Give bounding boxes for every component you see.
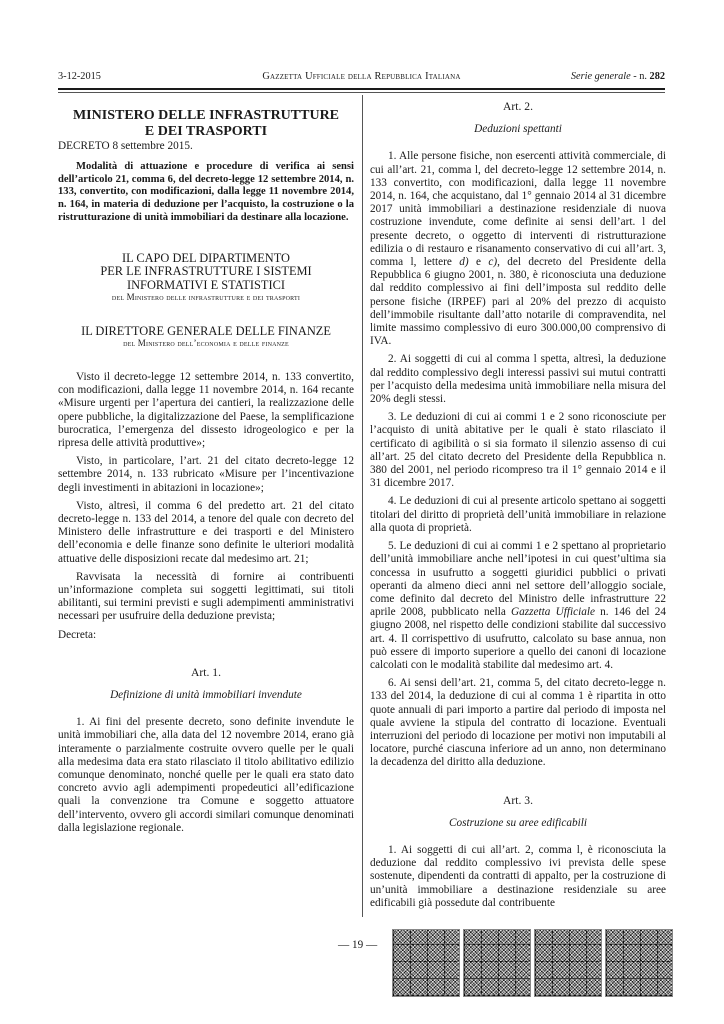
page-number: — 19 — (338, 938, 377, 952)
authority-1-line-3: INFORMATIVI E STATISTICI (58, 279, 354, 292)
right-column: Art. 2. Deduzioni spettanti 1. Alle pers… (370, 100, 666, 915)
barcode-block-icon (605, 929, 673, 997)
ministry-line-2: E DEI TRASPORTI (58, 124, 354, 140)
article-2-paragraph-6: 6. Ai sensi dell’art. 21, comma 5, del c… (370, 677, 666, 769)
authority-1-sub: del Ministero delle infrastrutture e dei… (58, 292, 354, 303)
preamble-paragraph: Visto, in particolare, l’art. 21 del cit… (58, 455, 354, 495)
series-label: Serie generale (571, 71, 631, 82)
ministry-heading: MINISTERO DELLE INFRASTRUTTURE E DEI TRA… (58, 108, 354, 140)
preamble-paragraph: Ravvisata la necessità di fornire ai con… (58, 571, 354, 624)
article-3-number: Art. 3. (370, 794, 666, 807)
page-header: 3-12-2015 Gazzetta Ufficiale della Repub… (58, 70, 665, 84)
article-3-paragraph-1: 1. Ai soggetti di cui all’art. 2, comma … (370, 844, 666, 910)
decree-title: Modalità di attuazione e procedure di ve… (58, 161, 354, 224)
article-2-paragraph-2: 2. Ai soggetti di cui al comma l spetta,… (370, 353, 666, 406)
header-rule-thin (58, 92, 665, 93)
header-rule-thick (58, 88, 665, 90)
ministry-line-1: MINISTERO DELLE INFRASTRUTTURE (58, 108, 354, 124)
preamble-paragraph: Visto il decreto-legge 12 settembre 2014… (58, 371, 354, 450)
barcode-block-icon (534, 929, 602, 997)
series-number: 282 (650, 71, 665, 82)
left-column: MINISTERO DELLE INFRASTRUTTURE E DEI TRA… (58, 100, 354, 840)
barcode-block-icon (463, 929, 531, 997)
column-divider (362, 95, 363, 917)
gazette-page: 3-12-2015 Gazzetta Ufficiale della Repub… (0, 0, 724, 1024)
article-2-paragraph-1: 1. Alle persone fisiche, non esercenti a… (370, 150, 666, 348)
article-1-title: Definizione di unità immobiliari invendu… (58, 689, 354, 702)
decree-date: DECRETO 8 settembre 2015. (58, 140, 354, 153)
text-run: , del decreto del Presidente della Repub… (370, 256, 666, 347)
preamble-paragraph: Visto, altresì, il comma 6 del predetto … (58, 500, 354, 566)
article-2-number: Art. 2. (370, 100, 666, 113)
article-1-number: Art. 1. (58, 666, 354, 679)
authority-2: IL DIRETTORE GENERALE DELLE FINANZE del … (58, 325, 354, 349)
article-2-title: Deduzioni spettanti (370, 123, 666, 136)
authority-1-line-2: PER LE INFRASTRUTTURE I SISTEMI (58, 265, 354, 278)
italic-run: c) (488, 256, 497, 268)
article-1-paragraph: 1. Ai fini del presente decreto, sono de… (58, 716, 354, 835)
authority-2-sub: del Ministero dell’economia e delle fina… (58, 338, 354, 349)
article-2-paragraph-5: 5. Le deduzioni di cui ai commi 1 e 2 sp… (370, 540, 666, 672)
article-2-paragraph-3: 3. Le deduzioni di cui ai commi 1 e 2 so… (370, 411, 666, 490)
text-run: e (469, 256, 489, 268)
decreta-heading: Decreta: (58, 629, 354, 642)
series-separator: - n. (631, 71, 650, 82)
article-3-title: Costruzione su aree edificabili (370, 817, 666, 830)
italic-run: d) (459, 256, 468, 268)
authority-1: IL CAPO DEL DIPARTIMENTO PER LE INFRASTR… (58, 252, 354, 303)
text-run: 1. Alle persone fisiche, non esercenti a… (370, 150, 666, 268)
article-2-paragraph-4: 4. Le deduzioni di cui al presente artic… (370, 495, 666, 535)
barcode-strip (392, 929, 673, 997)
barcode-block-icon (392, 929, 460, 997)
italic-run: Gazzetta Ufficiale (511, 606, 595, 618)
preamble: Visto il decreto-legge 12 settembre 2014… (58, 371, 354, 624)
series-info: Serie generale - n. 282 (571, 70, 665, 84)
authority-2-line-1: IL DIRETTORE GENERALE DELLE FINANZE (58, 325, 354, 338)
